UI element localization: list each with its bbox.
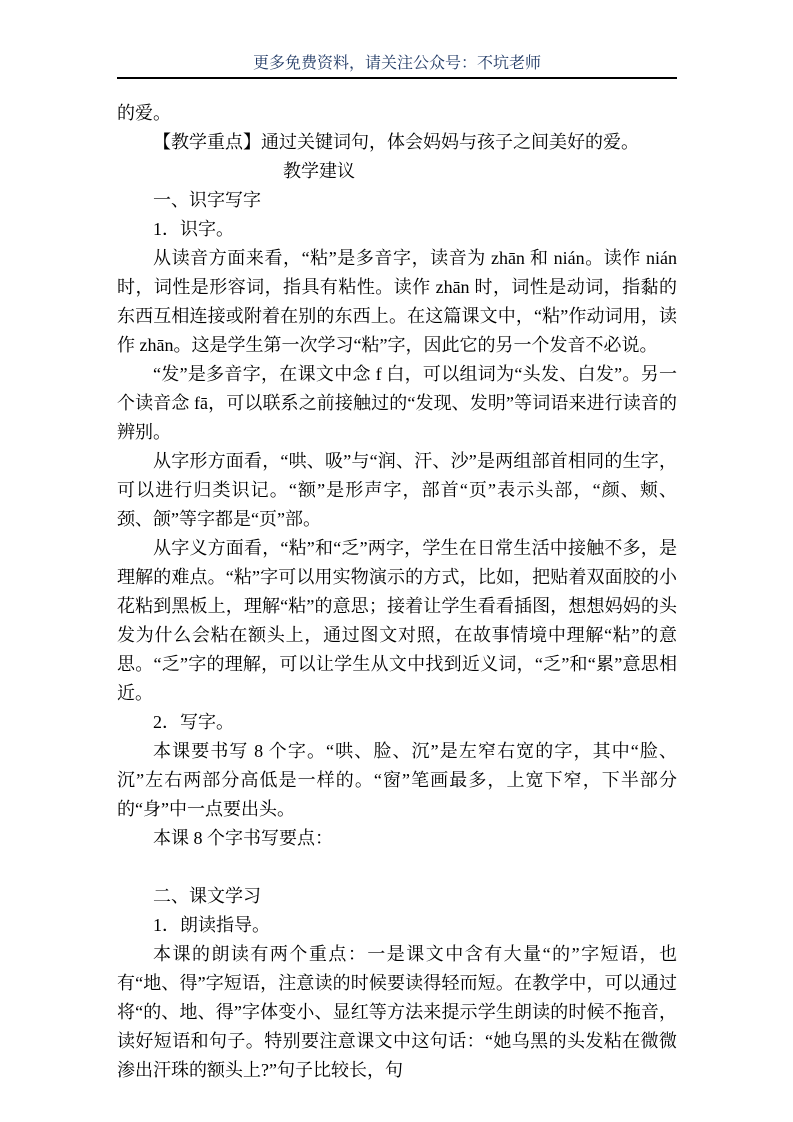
paragraph-word-meaning: 从字义方面看，“粘”和“乏”两字，学生在日常生活中接触不多，是理解的难点。“粘”… (117, 534, 677, 708)
heading-item-1-recognize: 1．识字。 (117, 215, 677, 244)
paragraph-reading-guidance: 本课的朗读有两个重点：一是课文中含有大量“的”字短语，也有“地、得”字短语，注意… (117, 940, 677, 1085)
paragraph-writing-guidance: 本课要书写 8 个字。“哄、脸、沉”是左窄右宽的字，其中“脸、沉”左右两部分高低… (117, 737, 677, 824)
heading-item-1-reading: 1．朗读指导。 (117, 911, 677, 940)
paragraph-glyph-shape: 从字形方面看，“哄、吸”与“润、汗、沙”是两组部首相同的生字，可以进行归类识记。… (117, 447, 677, 534)
heading-section-2-text-study: 二、课文学习 (117, 882, 677, 911)
heading-item-2-writing: 2．写字。 (117, 708, 677, 737)
heading-section-1-literacy: 一、识字写字 (117, 186, 677, 215)
document-page: 更多免费资料，请关注公众号：不坑老师 的爱。 【教学重点】通过关键词句，体会妈妈… (0, 0, 793, 1122)
paragraph-pronunciation-zhan: 从读音方面来看，“粘”是多音字，读音为 zhān 和 nián。读作 nián … (117, 244, 677, 360)
blank-line (117, 853, 677, 882)
paragraph-teaching-focus: 【教学重点】通过关键词句，体会妈妈与孩子之间美好的爱。 (117, 128, 677, 157)
paragraph-pronunciation-fa: “发”是多音字，在课文中念 f 白，可以组词为“头发、白发”。另一个读音念 fā… (117, 360, 677, 447)
document-body: 的爱。 【教学重点】通过关键词句，体会妈妈与孩子之间美好的爱。 教学建议 一、识… (117, 99, 677, 1085)
paragraph-writing-points: 本课 8 个字书写要点： (117, 824, 677, 853)
paragraph-continuation: 的爱。 (117, 99, 677, 128)
heading-teaching-suggestions: 教学建议 (117, 157, 677, 186)
page-header-note: 更多免费资料，请关注公众号：不坑老师 (117, 54, 677, 79)
